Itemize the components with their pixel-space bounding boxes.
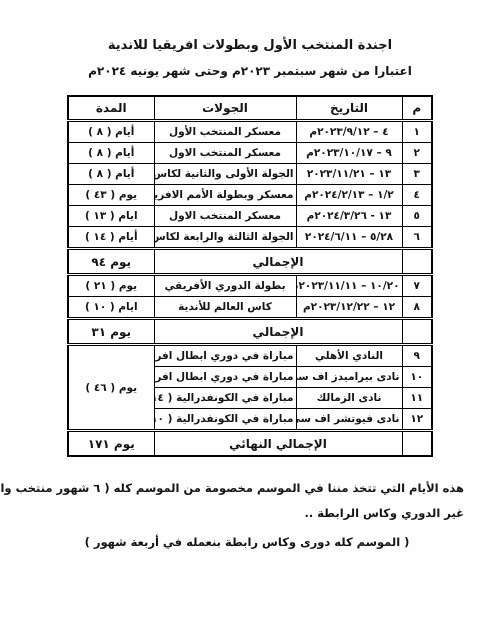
cell-rounds: الجولة الثالثة والرابعة لكاس العالم — [154, 227, 296, 249]
table-row: ٦ ٥/٢٨ – ٢٠٢٤/٦/١١ الجولة الثالثة والراب… — [68, 227, 432, 249]
footer-notes: هذه الأيام التي تتخذ مننا في الموسم مخصو… — [30, 483, 464, 549]
scanned-document-page: { "header": { "title": "اجندة المنتخب ال… — [0, 0, 500, 628]
cell-date: ٩ – ٢٠٢٣/١٠/١٧م — [296, 143, 402, 164]
cell-duration: أيام ( ٨ ) — [68, 121, 154, 143]
cell-num-empty — [402, 319, 432, 345]
cell-duration: يوم ( ٢١ ) — [68, 275, 154, 297]
cell-duration: أيام ( ٨ ) — [68, 143, 154, 164]
cell-duration: ايام ( ١٣ ) — [68, 206, 154, 227]
cell-date: ١٠/٢٠ – ٢٠٢٣/١١/١١م — [296, 275, 402, 297]
total-value: يوم ٣١ — [68, 319, 154, 345]
cell-num-empty — [402, 431, 432, 457]
cell-rounds: معسكر المنتخب الأول — [154, 121, 296, 143]
total-label: الإجمالي — [154, 319, 402, 345]
cell-num: ٨ — [402, 297, 432, 319]
page-subtitle: اعتبارا من شهر سبتمبر ٢٠٢٣م وحتى شهر يون… — [0, 64, 500, 78]
page-title: اجندة المنتخب الأول وبطولات افريقيا للان… — [0, 0, 500, 53]
cell-rounds: بطولة الدوري الأفريقي — [154, 275, 296, 297]
table-row: ٥ ١٣ - ٢٠٢٤/٣/٢٦م معسكر المنتخب الاول اي… — [68, 206, 432, 227]
cell-date: ١٢ – ٢٠٢٣/١٢/٢٢م — [296, 297, 402, 319]
cell-rounds: الجولة الأولى والثانية لكاس العالم — [154, 164, 296, 185]
cell-club: نادى بيراميدز اف سى — [296, 367, 402, 388]
cell-num: ٧ — [402, 275, 432, 297]
total-row-section2: الإجمالي يوم ٣١ — [68, 319, 432, 345]
cell-num: ٥ — [402, 206, 432, 227]
cell-matches: مباراة في دوري ابطال افريقيا ( ١٤ ) — [154, 345, 296, 367]
table-row: ٢ ٩ – ٢٠٢٣/١٠/١٧م معسكر المنتخب الاول أي… — [68, 143, 432, 164]
cell-club: نادى فيوتشر اف سى — [296, 409, 402, 431]
cell-num: ٦ — [402, 227, 432, 249]
cell-matches: مباراة في دوري ابطال افريقيا ( ٨ ) — [154, 367, 296, 388]
cell-club: النادي الأهلي — [296, 345, 402, 367]
schedule-table: م التاريخ الجولات المدة ١ ٤ – ٢٠٢٣/٩/١٢م… — [67, 95, 433, 457]
cell-rounds: معسكر المنتخب الاول — [154, 206, 296, 227]
table-row: ١ ٤ – ٢٠٢٣/٩/١٢م معسكر المنتخب الأول أيا… — [68, 121, 432, 143]
cell-num: ١ — [402, 121, 432, 143]
cell-matches: مباراة في الكونفدرالية ( ١٤ ) — [154, 388, 296, 409]
cell-duration: أيام ( ٨ ) — [68, 164, 154, 185]
cell-num: ١٠ — [402, 367, 432, 388]
cell-num: ٢ — [402, 143, 432, 164]
footer-note-1: هذه الأيام التي تتخذ مننا في الموسم مخصو… — [30, 483, 464, 495]
col-header-date: التاريخ — [296, 96, 402, 121]
table-row: ٤ ١/٢ – ٢٠٢٤/٢/١٣م معسكر وبطولة الأمم ال… — [68, 185, 432, 206]
cell-date: ١٣ – ٢٠٢٣/١١/٢١ — [296, 164, 402, 185]
total-value: يوم ٩٤ — [68, 249, 154, 275]
cell-num: ٣ — [402, 164, 432, 185]
cell-date: ١/٢ – ٢٠٢٤/٢/١٣م — [296, 185, 402, 206]
table-header-row: م التاريخ الجولات المدة — [68, 96, 432, 121]
club-row: ٩ النادي الأهلي مباراة في دوري ابطال افر… — [68, 345, 432, 367]
col-header-duration: المدة — [68, 96, 154, 121]
total-row-section1: الإجمالي يوم ٩٤ — [68, 249, 432, 275]
final-total-label: الإجمالي النهائي — [154, 431, 402, 457]
cell-num: ٤ — [402, 185, 432, 206]
cell-date: ٤ – ٢٠٢٣/٩/١٢م — [296, 121, 402, 143]
cell-club: نادى الزمالك — [296, 388, 402, 409]
footer-note-2: غير الدوري وكاس الرابطة .. — [30, 508, 464, 520]
cell-matches: مباراة في الكونفدرالية ( ١٠ ) — [154, 409, 296, 431]
table-row: ٣ ١٣ – ٢٠٢٣/١١/٢١ الجولة الأولى والثانية… — [68, 164, 432, 185]
final-total-value: يوم ١٧١ — [68, 431, 154, 457]
cell-num: ٩ — [402, 345, 432, 367]
col-header-num: م — [402, 96, 432, 121]
cell-duration: أيام ( ١٤ ) — [68, 227, 154, 249]
cell-num: ١٢ — [402, 409, 432, 431]
col-header-rounds: الجولات — [154, 96, 296, 121]
cell-clubs-duration: يوم ( ٤٦ ) — [68, 345, 154, 431]
cell-duration: يوم ( ٤٣ ) — [68, 185, 154, 206]
cell-num-empty — [402, 249, 432, 275]
total-label: الإجمالي — [154, 249, 402, 275]
cell-date: ٥/٢٨ – ٢٠٢٤/٦/١١ — [296, 227, 402, 249]
cell-rounds: كاس العالم للأندية — [154, 297, 296, 319]
final-total-row: الإجمالي النهائي يوم ١٧١ — [68, 431, 432, 457]
footer-note-3: ( الموسم كله دورى وكاس رابطة بنعمله في أ… — [30, 535, 464, 549]
cell-num: ١١ — [402, 388, 432, 409]
cell-date: ١٣ - ٢٠٢٤/٣/٢٦م — [296, 206, 402, 227]
cell-rounds: معسكر المنتخب الاول — [154, 143, 296, 164]
table-row: ٧ ١٠/٢٠ – ٢٠٢٣/١١/١١م بطولة الدوري الأفر… — [68, 275, 432, 297]
cell-duration: ايام ( ١٠ ) — [68, 297, 154, 319]
cell-rounds: معسكر وبطولة الأمم الافريقية — [154, 185, 296, 206]
table-row: ٨ ١٢ – ٢٠٢٣/١٢/٢٢م كاس العالم للأندية اي… — [68, 297, 432, 319]
